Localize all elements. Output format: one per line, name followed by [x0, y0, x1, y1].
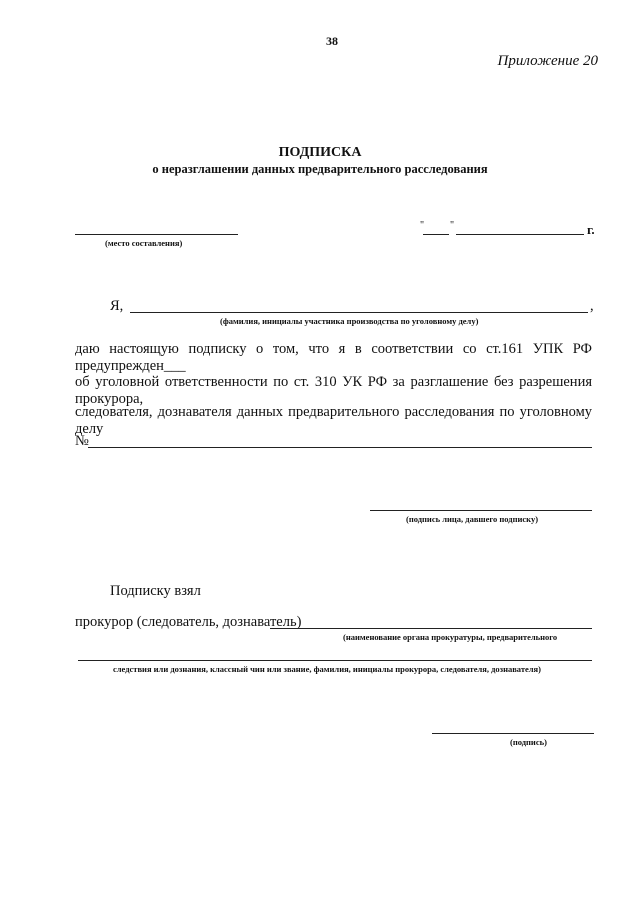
day-field[interactable]	[423, 234, 449, 235]
place-caption: (место составления)	[105, 238, 182, 248]
month-year-field[interactable]	[456, 234, 584, 235]
declarant-name-field[interactable]	[130, 312, 588, 313]
appendix-label: Приложение 20	[498, 53, 598, 70]
receiver-signature-field[interactable]	[432, 733, 594, 734]
receiver-caption-part2: следствия или дознания, классный чин или…	[113, 664, 541, 674]
case-number-prefix: №	[75, 433, 89, 450]
body-line-1: даю настоящую подписку о том, что я в со…	[75, 341, 592, 375]
receiver-role-label: прокурор (следователь, дознаватель)	[75, 614, 301, 631]
date-quote-close: "	[450, 220, 454, 231]
receiver-heading: Подписку взял	[110, 583, 201, 600]
case-number-field[interactable]	[88, 447, 592, 448]
body-line-3: следователя, дознавателя данных предвари…	[75, 404, 592, 438]
document-subtitle: о неразглашении данных предварительного …	[0, 162, 640, 177]
receiver-caption-part1: (наименование органа прокуратуры, предва…	[343, 632, 557, 642]
page-number: 38	[326, 34, 338, 49]
signer-signature-field[interactable]	[370, 510, 592, 511]
receiver-organ-field[interactable]	[270, 628, 592, 629]
declarant-suffix: ,	[590, 298, 594, 315]
year-suffix: г.	[587, 222, 595, 238]
document-title: ПОДПИСКА	[0, 145, 640, 161]
receiver-signature-caption: (подпись)	[510, 737, 547, 747]
declarant-prefix: Я,	[110, 298, 123, 315]
signer-caption: (подпись лица, давшего подписку)	[406, 514, 538, 524]
receiver-details-field[interactable]	[78, 660, 592, 661]
place-field[interactable]	[75, 234, 238, 235]
body-line-2: об уголовной ответственности по ст. 310 …	[75, 374, 592, 408]
date-quote-open: "	[420, 220, 424, 231]
declarant-caption: (фамилия, инициалы участника производств…	[220, 316, 478, 326]
